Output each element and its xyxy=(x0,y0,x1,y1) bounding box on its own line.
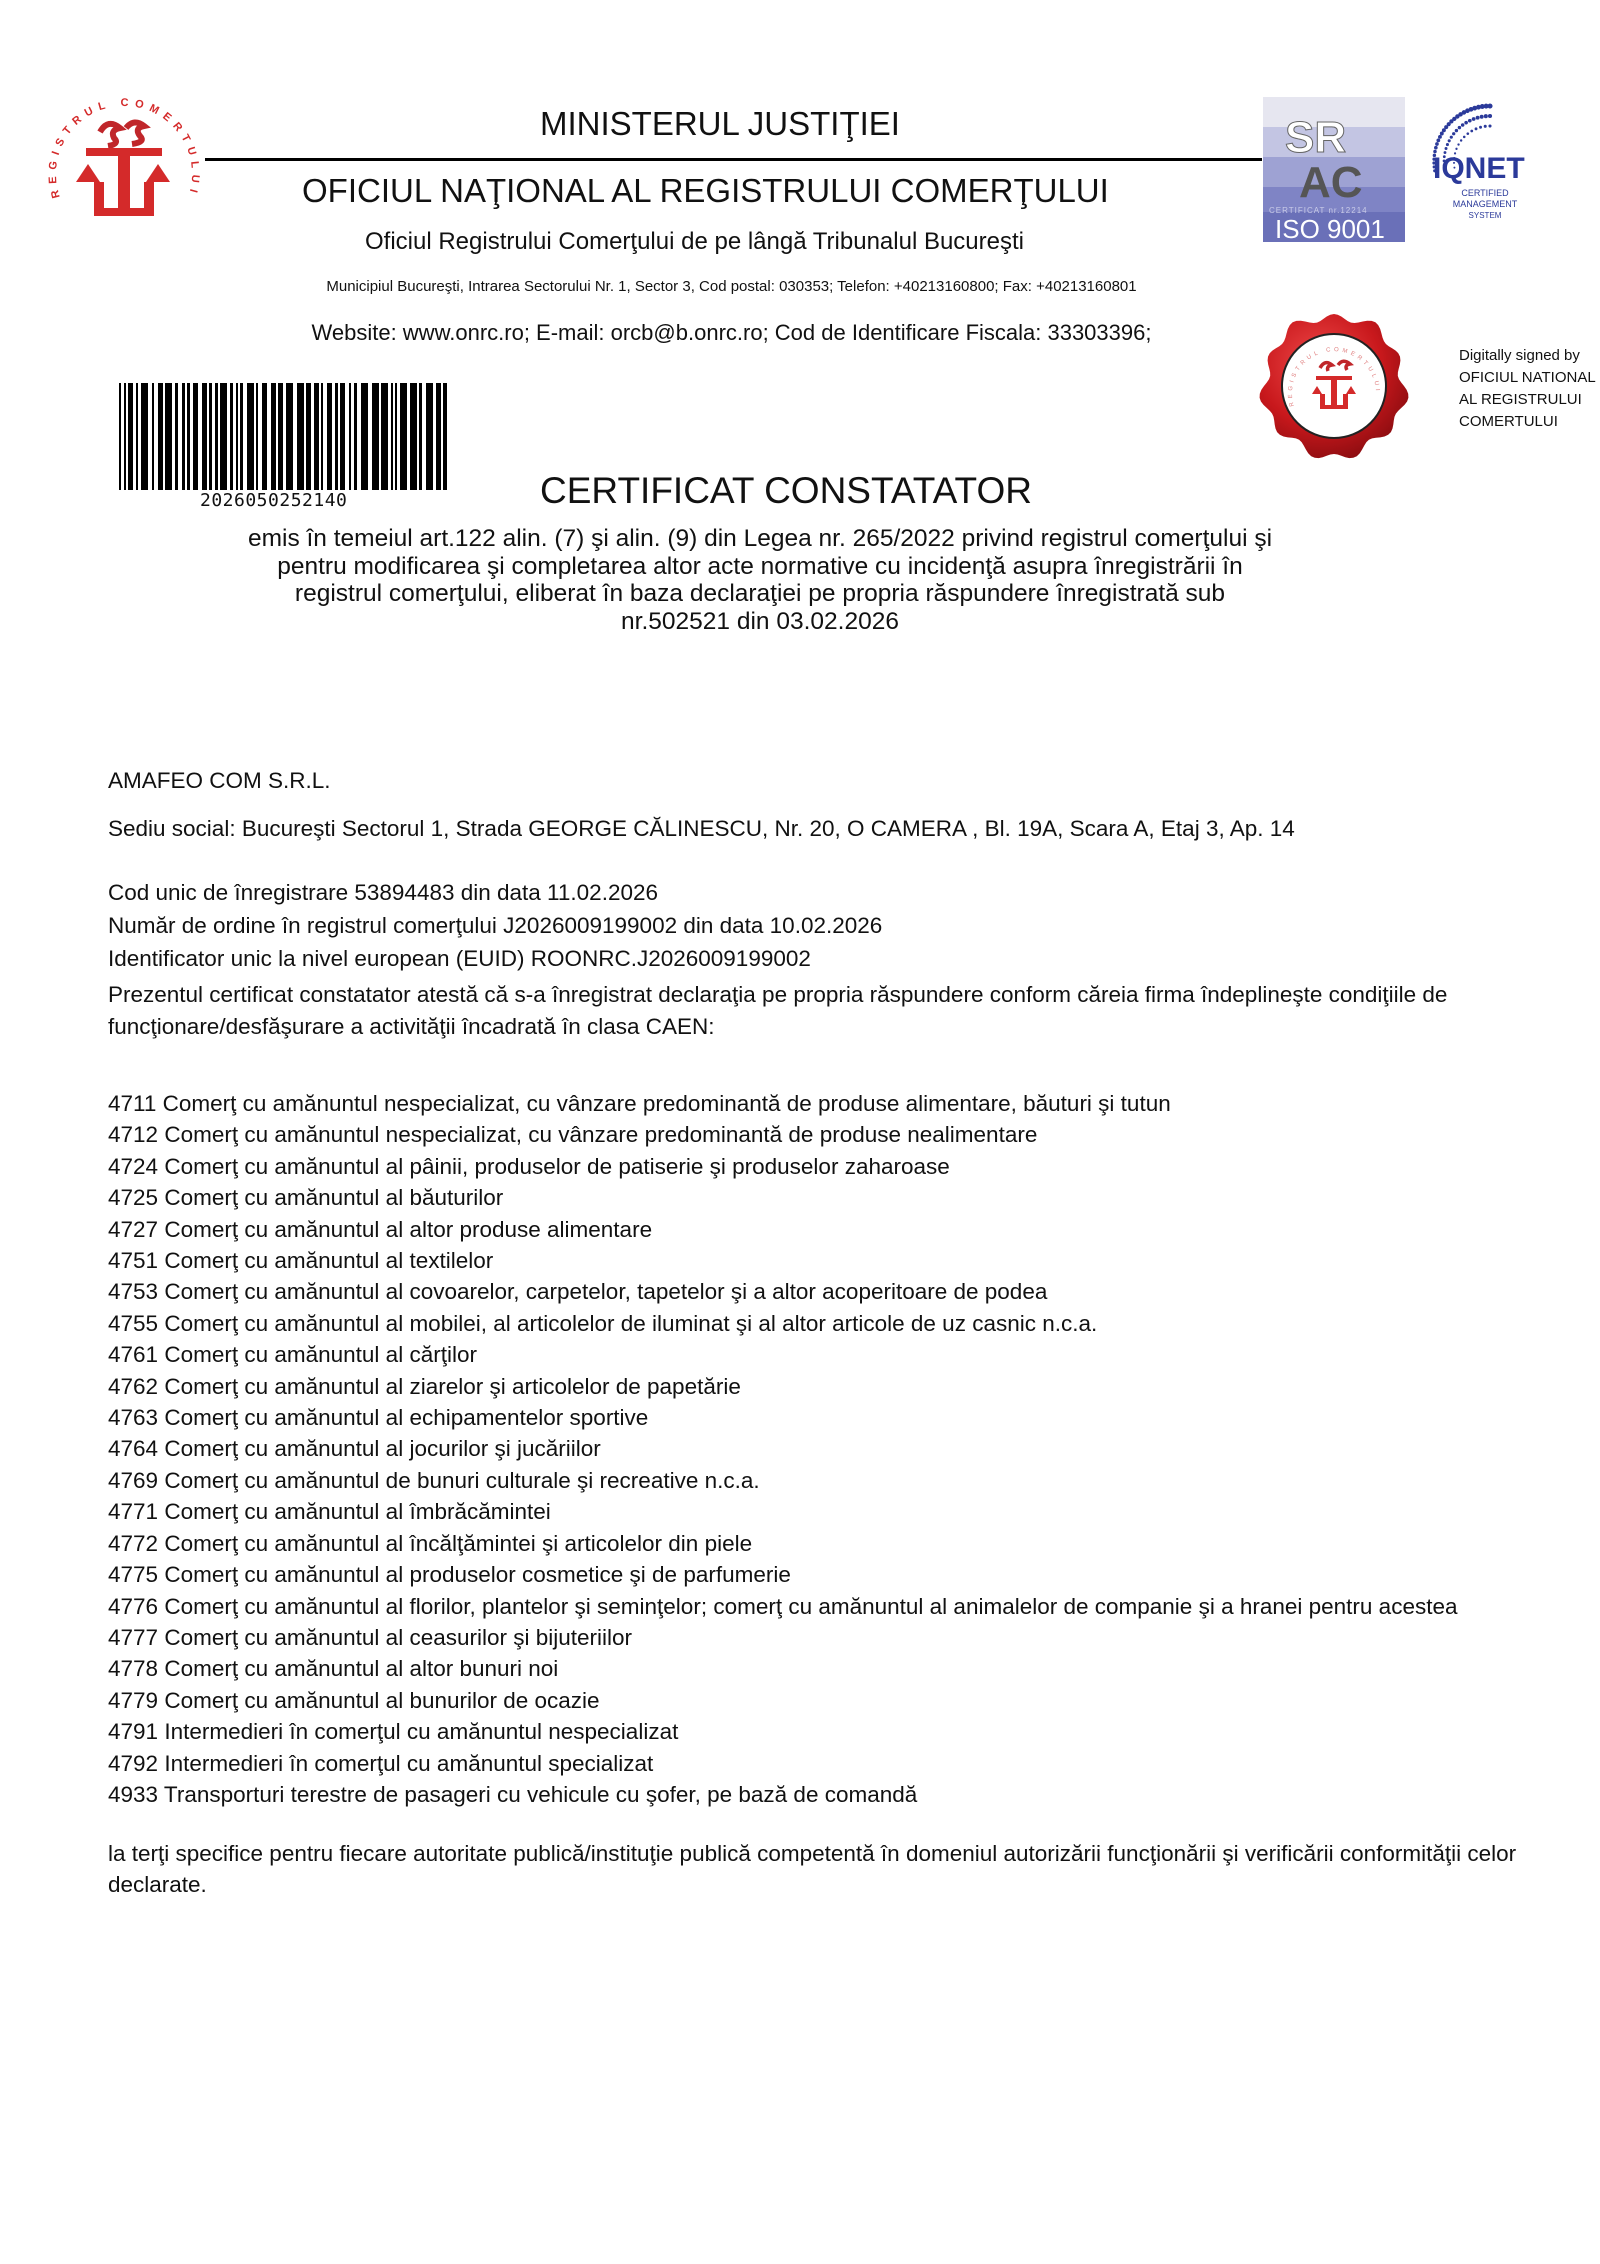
barcode-number: 2026050252140 xyxy=(200,490,347,511)
caen-item: 4771 Comerţ cu amănuntul al îmbrăcăminte… xyxy=(108,1496,1528,1527)
caen-description: Comerţ cu amănuntul al ceasurilor şi bij… xyxy=(164,1625,632,1650)
srac-ac: AC xyxy=(1299,158,1363,207)
caen-description: Comerţ cu amănuntul al jocurilor şi jucă… xyxy=(164,1436,600,1461)
caen-code: 4776 xyxy=(108,1594,158,1619)
caen-description: Comerţ cu amănuntul al încălţămintei şi … xyxy=(164,1531,752,1556)
caen-description: Comerţ cu amănuntul al ziarelor şi artic… xyxy=(164,1374,741,1399)
caen-code: 4725 xyxy=(108,1185,158,1210)
caen-code: 4778 xyxy=(108,1656,158,1681)
caen-item: 4933 Transporturi terestre de pasageri c… xyxy=(108,1779,1528,1810)
caen-code: 4777 xyxy=(108,1625,158,1650)
caen-code: 4771 xyxy=(108,1499,158,1524)
signer-name-line1: OFICIUL NATIONAL xyxy=(1459,367,1596,389)
office-title: OFICIUL NAŢIONAL AL REGISTRULUI COMERŢUL… xyxy=(302,172,1109,210)
caen-description: Comerţ cu amănuntul al băuturilor xyxy=(164,1185,503,1210)
registered-office: Sediu social: Bucureşti Sectorul 1, Stra… xyxy=(108,816,1295,842)
digital-signature-text: Digitally signed by OFICIUL NATIONAL AL … xyxy=(1459,345,1596,433)
caen-item: 4763 Comerţ cu amănuntul al echipamentel… xyxy=(108,1402,1528,1433)
signed-by-label: Digitally signed by xyxy=(1459,345,1596,367)
digital-signature-seal: REGISTRUL COMERTULUI xyxy=(1258,310,1410,462)
caen-code: 4779 xyxy=(108,1688,158,1713)
caen-code: 4763 xyxy=(108,1405,158,1430)
caen-item: 4791 Intermedieri în comerţul cu amănunt… xyxy=(108,1716,1528,1747)
caen-activity-list: 4711 Comerţ cu amănuntul nespecializat, … xyxy=(108,1088,1528,1810)
iqnet-name: IQNET xyxy=(1433,152,1525,185)
caen-description: Comerţ cu amănuntul al îmbrăcămintei xyxy=(164,1499,550,1524)
caen-code: 4769 xyxy=(108,1468,158,1493)
svg-text:CERTIFIED: CERTIFIED xyxy=(1461,188,1509,198)
caen-description: Comerţ cu amănuntul al covoarelor, carpe… xyxy=(164,1279,1047,1304)
company-name: AMAFEO COM S.R.L. xyxy=(108,768,331,794)
svg-text:MANAGEMENT: MANAGEMENT xyxy=(1453,199,1518,209)
caen-item: 4724 Comerţ cu amănuntul al pâinii, prod… xyxy=(108,1151,1528,1182)
caen-item: 4711 Comerţ cu amănuntul nespecializat, … xyxy=(108,1088,1528,1119)
caen-item: 4725 Comerţ cu amănuntul al băuturilor xyxy=(108,1182,1528,1213)
unique-registration-code: Cod unic de înregistrare 53894483 din da… xyxy=(108,880,658,906)
caen-item: 4727 Comerţ cu amănuntul al altor produs… xyxy=(108,1214,1528,1245)
ministry-title: MINISTERUL JUSTIŢIEI xyxy=(540,105,900,143)
caen-code: 4772 xyxy=(108,1531,158,1556)
caen-code: 4724 xyxy=(108,1154,158,1179)
euid: Identificator unic la nivel european (EU… xyxy=(108,946,811,972)
srac-standard: ISO 9001 xyxy=(1275,214,1385,242)
caen-code: 4755 xyxy=(108,1311,158,1336)
closing-statement: la terţi specifice pentru fiecare autori… xyxy=(108,1838,1528,1901)
caen-code: 4764 xyxy=(108,1436,158,1461)
barcode xyxy=(119,383,447,490)
certificate-legal-basis: emis în temeiul art.122 alin. (7) şi ali… xyxy=(240,525,1280,635)
caen-item: 4779 Comerţ cu amănuntul al bunurilor de… xyxy=(108,1685,1528,1716)
caen-item: 4755 Comerţ cu amănuntul al mobilei, al … xyxy=(108,1308,1528,1339)
caen-description: Comerţ cu amănuntul nespecializat, cu vâ… xyxy=(164,1122,1037,1147)
caen-description: Transporturi terestre de pasageri cu veh… xyxy=(164,1782,917,1807)
signer-name-line2: AL REGISTRULUI xyxy=(1459,389,1596,411)
caen-item: 4792 Intermedieri în comerţul cu amănunt… xyxy=(108,1748,1528,1779)
office-contact: Website: www.onrc.ro; E-mail: orcb@b.onr… xyxy=(0,320,1463,346)
caen-code: 4711 xyxy=(108,1091,156,1116)
caen-code: 4792 xyxy=(108,1751,158,1776)
caen-item: 4776 Comerţ cu amănuntul al florilor, pl… xyxy=(108,1591,1528,1622)
office-subtitle: Oficiul Registrului Comerţului de pe lân… xyxy=(365,228,1024,256)
srac-iso-badge: SR AC CERTIFICAT nr.12214 ISO 9001 xyxy=(1263,97,1405,242)
caen-code: 4761 xyxy=(108,1342,158,1367)
office-address: Municipiul Bucureşti, Intrarea Sectorulu… xyxy=(0,278,1463,295)
caen-description: Intermedieri în comerţul cu amănuntul ne… xyxy=(164,1719,678,1744)
caen-description: Comerţ cu amănuntul al altor bunuri noi xyxy=(164,1656,558,1681)
caen-code: 4753 xyxy=(108,1279,158,1304)
caen-item: 4762 Comerţ cu amănuntul al ziarelor şi … xyxy=(108,1371,1528,1402)
caen-description: Comerţ cu amănuntul al produselor cosmet… xyxy=(164,1562,791,1587)
caen-item: 4775 Comerţ cu amănuntul al produselor c… xyxy=(108,1559,1528,1590)
caen-item: 4777 Comerţ cu amănuntul al ceasurilor ş… xyxy=(108,1622,1528,1653)
trade-register-number: Număr de ordine în registrul comerţului … xyxy=(108,913,882,939)
certificate-title: CERTIFICAT CONSTATATOR xyxy=(540,470,1032,512)
signer-name-line3: COMERTULUI xyxy=(1459,411,1596,433)
svg-text:SYSTEM: SYSTEM xyxy=(1469,211,1502,220)
certificate-statement: Prezentul certificat constatator atestă … xyxy=(108,979,1528,1043)
caen-code: 4751 xyxy=(108,1248,158,1273)
caen-code: 4933 xyxy=(108,1782,158,1807)
caen-item: 4778 Comerţ cu amănuntul al altor bunuri… xyxy=(108,1653,1528,1684)
caen-item: 4753 Comerţ cu amănuntul al covoarelor, … xyxy=(108,1276,1528,1307)
caen-code: 4762 xyxy=(108,1374,158,1399)
caen-code: 4712 xyxy=(108,1122,158,1147)
caen-description: Intermedieri în comerţul cu amănuntul sp… xyxy=(164,1751,653,1776)
srac-sr: SR xyxy=(1285,113,1346,162)
caen-description: Comerţ cu amănuntul al cărţilor xyxy=(164,1342,477,1367)
caen-code: 4791 xyxy=(108,1719,158,1744)
caen-description: Comerţ cu amănuntul al echipamentelor sp… xyxy=(164,1405,648,1430)
iqnet-badge: IQNET CERTIFIED MANAGEMENT SYSTEM xyxy=(1415,100,1555,240)
caen-code: 4727 xyxy=(108,1217,158,1242)
caen-item: 4751 Comerţ cu amănuntul al textilelor xyxy=(108,1245,1528,1276)
caen-code: 4775 xyxy=(108,1562,158,1587)
caen-description: Comerţ cu amănuntul al textilelor xyxy=(164,1248,493,1273)
caen-description: Comerţ cu amănuntul nespecializat, cu vâ… xyxy=(163,1091,1171,1116)
caen-description: Comerţ cu amănuntul al pâinii, produselo… xyxy=(164,1154,949,1179)
caen-item: 4764 Comerţ cu amănuntul al jocurilor şi… xyxy=(108,1433,1528,1464)
caen-item: 4772 Comerţ cu amănuntul al încălţăminte… xyxy=(108,1528,1528,1559)
header-divider xyxy=(205,158,1262,161)
caen-description: Comerţ cu amănuntul al mobilei, al artic… xyxy=(164,1311,1097,1336)
caen-description: Comerţ cu amănuntul al bunurilor de ocaz… xyxy=(164,1688,599,1713)
caen-description: Comerţ cu amănuntul al altor produse ali… xyxy=(164,1217,652,1242)
caen-description: Comerţ cu amănuntul al florilor, plantel… xyxy=(164,1594,1457,1619)
caen-item: 4712 Comerţ cu amănuntul nespecializat, … xyxy=(108,1119,1528,1150)
caen-item: 4769 Comerţ cu amănuntul de bunuri cultu… xyxy=(108,1465,1528,1496)
caen-description: Comerţ cu amănuntul de bunuri culturale … xyxy=(164,1468,759,1493)
caen-item: 4761 Comerţ cu amănuntul al cărţilor xyxy=(108,1339,1528,1370)
registrul-comertului-logo: REGISTRUL COMERTULUI xyxy=(38,92,208,232)
